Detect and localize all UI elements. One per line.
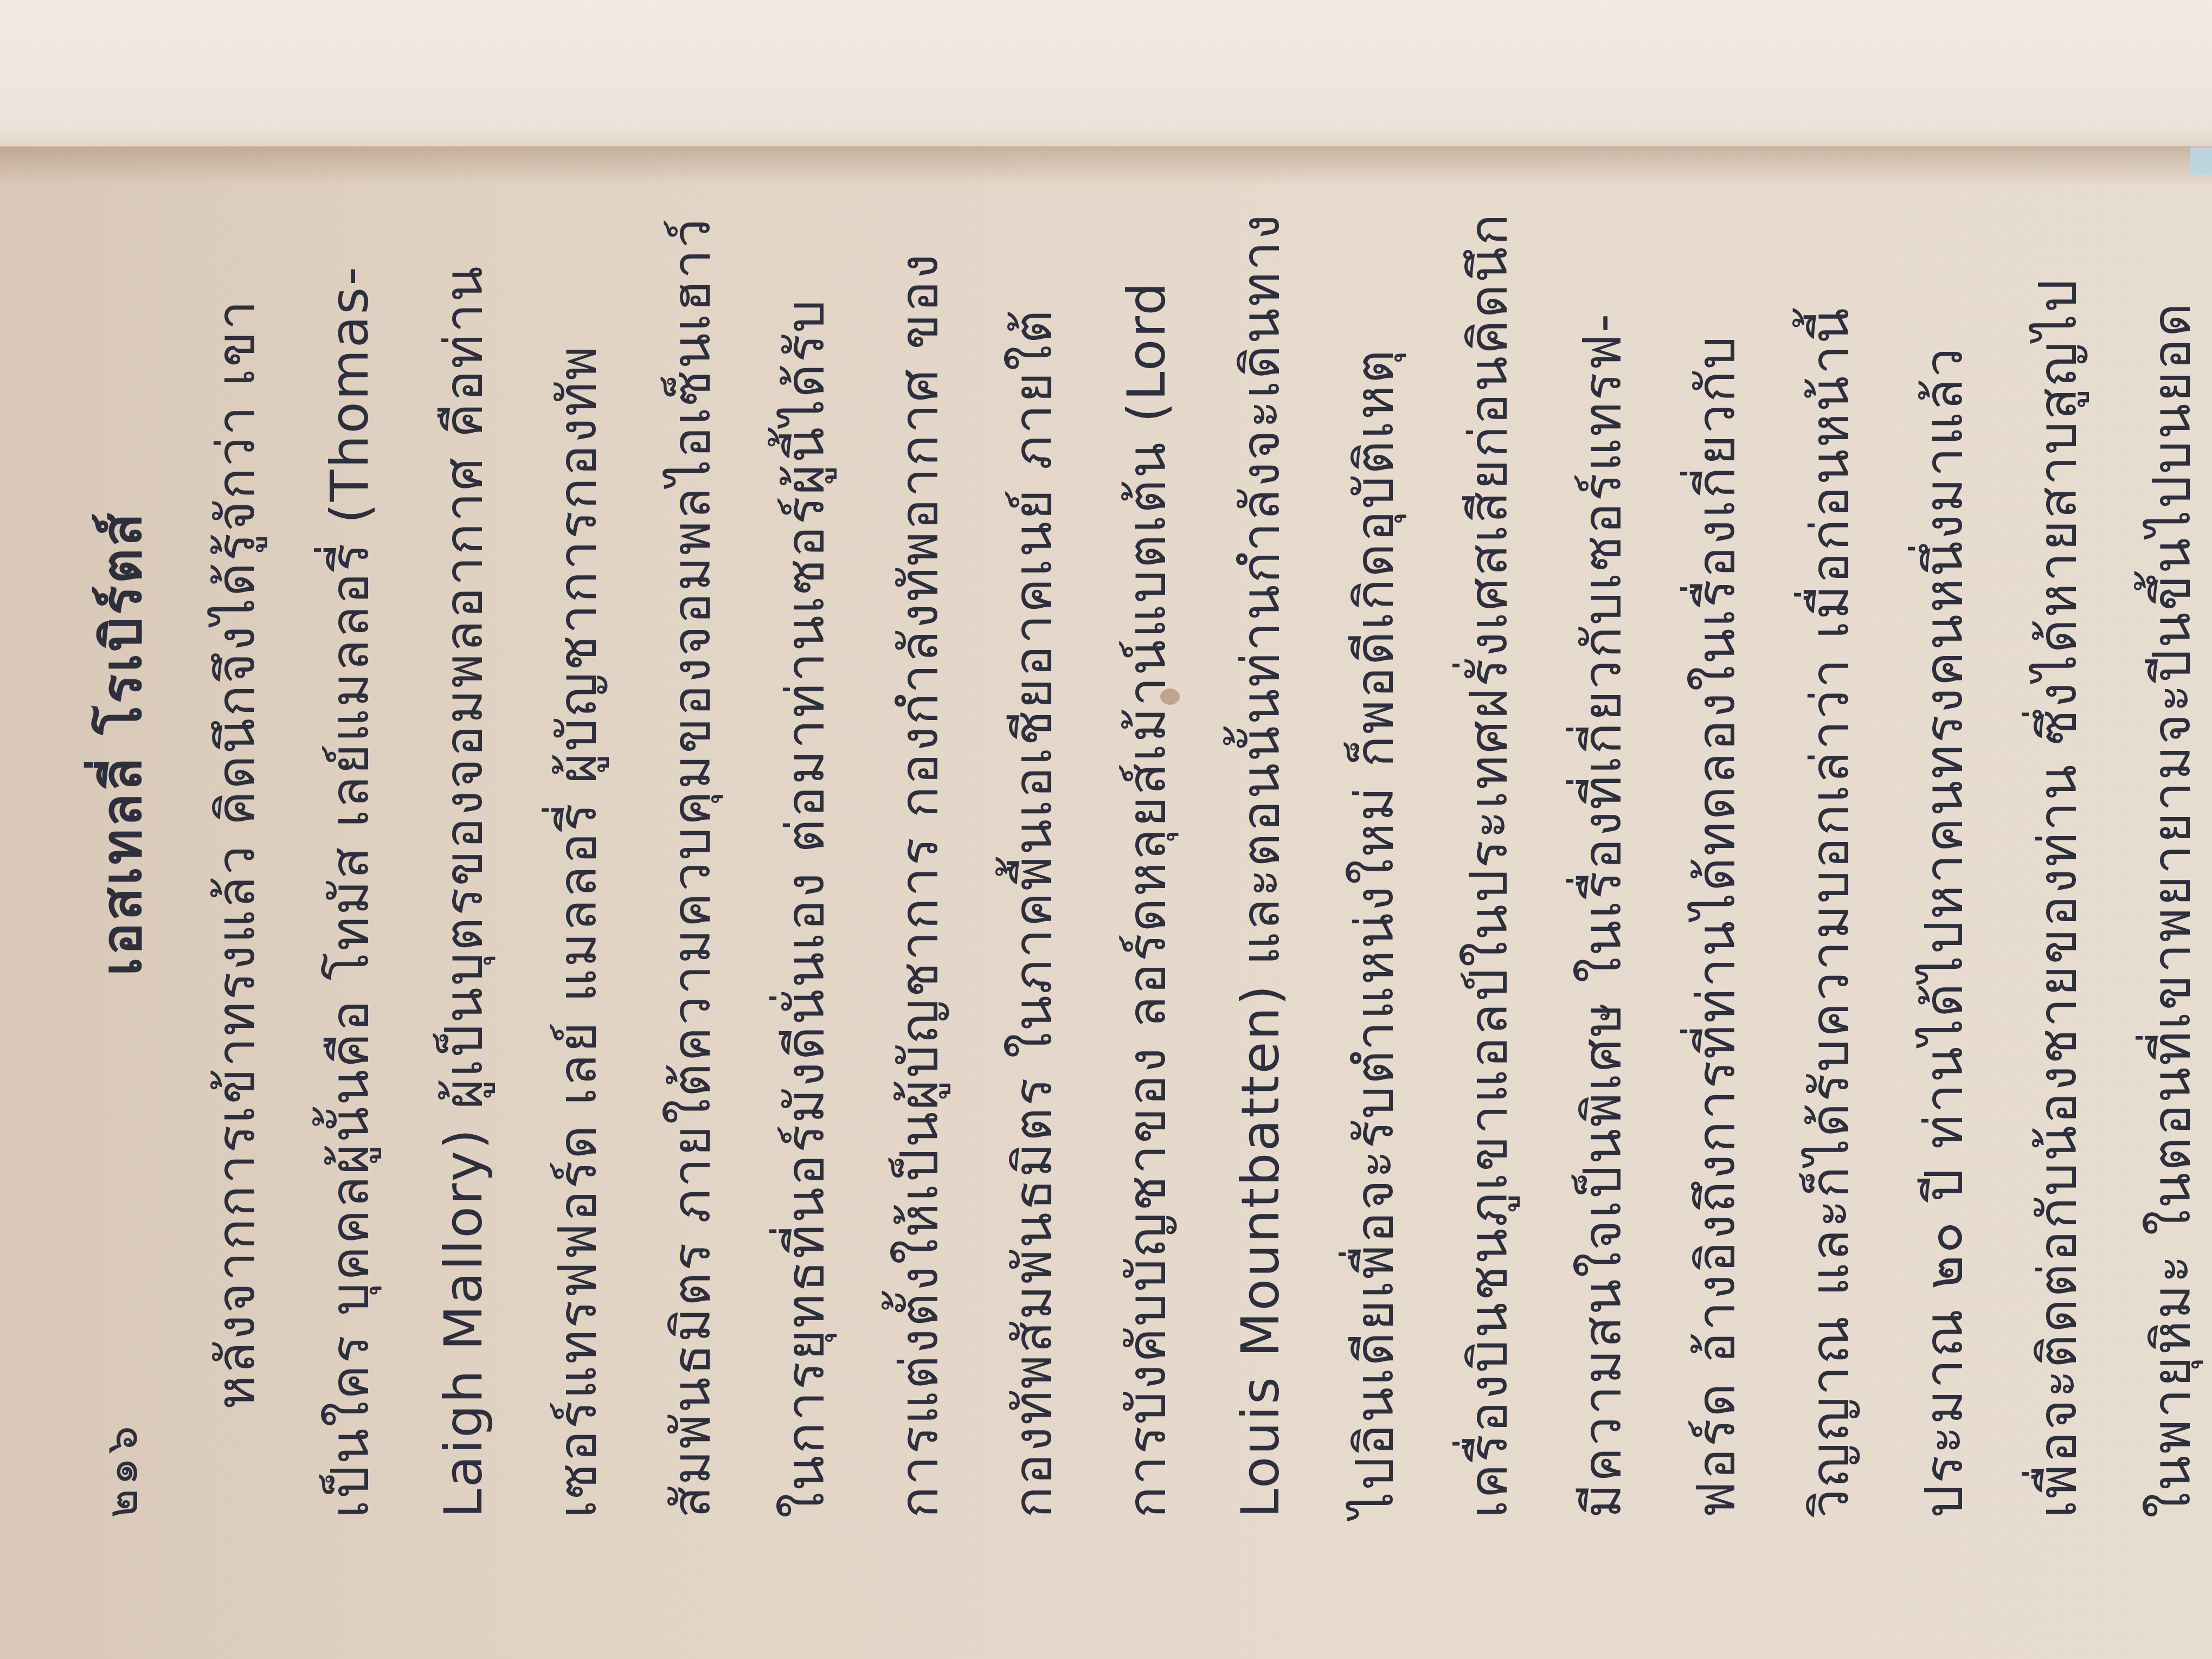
page-text: ๒๑๖ เอสเทลลี่ โรเบิร์ตส์ หลังจากการเข้าท… (65, 163, 2212, 1518)
text-line: Laigh Mallory) ผู้เป็นบุตรของจอมพลอากาศ … (407, 163, 520, 1518)
text-line: ในพายุหิมะ ในตอนที่เขาพยายามจะปีนขึ้นไปบ… (2114, 163, 2212, 1518)
text-line: ไปอินเดียเพื่อจะรับตำแหน่งใหม่ ก็พอดีเกิ… (1317, 163, 1431, 1518)
text-line: การบังคับบัญชาของ ลอร์ดหลุยส์เม้าน์แบตเต… (1090, 163, 1204, 1518)
page-header: ๒๑๖ เอสเทลลี่ โรเบิร์ตส์ (65, 163, 179, 1518)
text-line: วิญญาณ และก็ได้รับความบอกเล่าว่า เมื่อก่… (1773, 163, 1887, 1518)
text-line: ฟอร์ด อ้างอิงถึงการที่ท่านได้ทดลองในเรื่… (1659, 163, 1773, 1518)
rotated-text-frame: ๒๑๖ เอสเทลลี่ โรเบิร์ตส์ หลังจากการเข้าท… (65, 163, 2179, 1518)
text-line: Louis Mountbatten) และตอนนั้นท่านกำลังจะ… (1204, 163, 1317, 1518)
facing-page (0, 0, 2212, 148)
text-line: เครื่องบินชนภูเขาแอลป์ในประเทศฝรั่งเศสเส… (1431, 163, 1545, 1518)
running-head: เอสเทลลี่ โรเบิร์ตส์ (65, 511, 179, 976)
text-line: หลังจากการเข้าทรงแล้ว คิดนึกจึงได้รู้จัก… (179, 163, 293, 1518)
text-line: เป็นใคร บุคคลผู้นั้นคือ โทมัส เลย์แมลลอร… (293, 163, 407, 1518)
text-line: ประมาณ ๒๐ ปี ท่านได้ไปหาคนทรงคนหนึ่งมาแล… (1887, 163, 2001, 1518)
text-line: การแต่งตั้งให้เป็นผู้บัญชาการ กองกำลังทั… (862, 163, 976, 1518)
text-line: สัมพันธมิตร ภายใต้ความควบคุมของจอมพลไอเซ… (634, 163, 748, 1518)
text-line: กองทัพสัมพันธมิตร ในภาคพื้นเอเชียอาคเนย์… (976, 163, 1090, 1518)
text-line: เพื่อจะติดต่อกับน้องชายของท่าน ซึ่งได้หา… (2001, 163, 2114, 1518)
photo-scene: ๒๑๖ เอสเทลลี่ โรเบิร์ตส์ หลังจากการเข้าท… (0, 0, 2212, 1659)
text-line: เซอร์แทรฟฟอร์ด เลย์ แมลลอรี่ ผู้บัญชาการ… (520, 163, 634, 1518)
text-line: มีความสนใจเป็นพิเศษ ในเรื่องที่เกี่ยวกับ… (1545, 163, 1659, 1518)
paper-stain (1160, 689, 1180, 705)
page-number: ๒๑๖ (65, 1423, 179, 1518)
text-line: ในการยุทธที่นอร์มังดีนั่นเอง ต่อมาท่านเซ… (748, 163, 862, 1518)
